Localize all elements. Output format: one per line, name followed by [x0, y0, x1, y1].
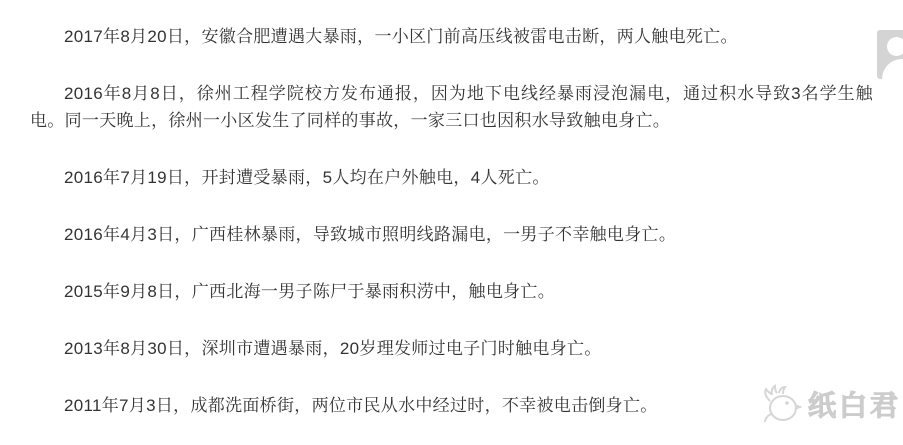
paragraph: 2016年4月3日，广西桂林暴雨，导致城市照明线路漏电，一男子不幸触电身亡。 [30, 221, 873, 248]
paragraph: 2017年8月20日，安徽合肥遭遇大暴雨，一小区门前高压线被雷电击断，两人触电死… [30, 23, 873, 50]
article-page: 2017年8月20日，安徽合肥遭遇大暴雨，一小区门前高压线被雷电击断，两人触电死… [0, 0, 903, 445]
avatar-placeholder-icon[interactable] [877, 30, 903, 79]
paragraph: 2011年7月3日，成都洗面桥街，两位市民从水中经过时，不幸被电击倒身亡。 [30, 392, 873, 419]
paragraph: 2013年8月30日，深圳市遭遇暴雨，20岁理发师过电子门时触电身亡。 [30, 335, 873, 362]
paragraph: 2015年9月8日，广西北海一男子陈尸于暴雨积涝中，触电身亡。 [30, 278, 873, 305]
avatar-head-shape [887, 37, 903, 56]
paragraph: 2016年8月8日，徐州工程学院校方发布通报，因为地下电线经暴雨浸泡漏电，通过积… [30, 80, 873, 134]
article-body: 2017年8月20日，安徽合肥遭遇大暴雨，一小区门前高压线被雷电击断，两人触电死… [30, 0, 873, 445]
paragraph: 2016年7月19日，开封遭受暴雨，5人均在户外触电，4人死亡。 [30, 164, 873, 191]
avatar-body-shape [882, 59, 903, 79]
